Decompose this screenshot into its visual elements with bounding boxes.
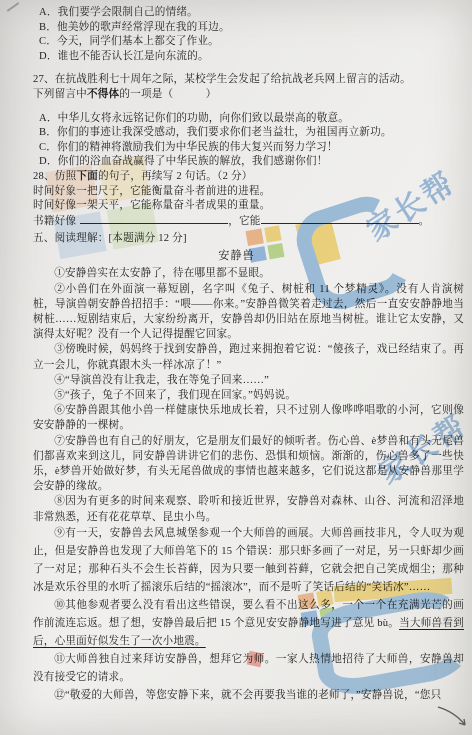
- passage-paragraph-3: ③傍晚时候，妈妈终于找到安静兽，跑过来拥抱着它说：“傻孩子，戏已经结束了。再立一…: [33, 342, 464, 372]
- spacer: [33, 103, 464, 112]
- q27-block: 27、在抗战胜利七十周年之际，某校学生会发起了给抗战老兵网上留言的活动。 下列留…: [33, 73, 464, 170]
- q26-option-d: D．谁也不能否认长江是向东流的。: [33, 50, 464, 65]
- q28-answer-blank-1: [80, 214, 228, 224]
- passage-body: ①安静兽实在太安静了，待在哪里都不显眼。 ②小兽们在外面演一幕短剧，名字叫《兔子…: [33, 266, 464, 704]
- scanned-exam-page: A．我们要学会限制自己的情绪。 B．他美妙的歌声经常浮现在我的耳边。 C．今天，…: [0, 0, 472, 735]
- q28-example-1: 时间好象一把尺子，它能衡量奋斗者前进的进程。: [33, 185, 464, 200]
- q27-stem-line1: 27、在抗战胜利七十周年之际，某校学生会发起了给抗战老兵网上留言的活动。: [33, 73, 464, 88]
- q28-example-2: 时间好像一架天平，它能称量奋斗者成果的重量。: [33, 199, 464, 214]
- q27-option-a: A．中华儿女将永远铭记你们的功勋，向你们致以最崇高的敬意。: [33, 112, 464, 127]
- q28-fill-tail: 。: [419, 216, 430, 227]
- q27-stem-suffix: 的一项是（ ）: [119, 89, 216, 100]
- q27-stem-line2: 下列留言中不得体的一项是（ ）: [33, 88, 464, 103]
- passage-paragraph-2: ②小兽们在外面演一幕短剧，名字叫《兔子、树桩和 11 个梦精灵》。没有人肯演树桩…: [33, 282, 464, 343]
- spacer: [33, 64, 464, 73]
- passage-paragraph-9: ⑨有一天，安静兽去风息城堡参观一个大师兽的画展。大师兽画技非凡，令人叹为观止，但…: [33, 525, 464, 597]
- q28-stem-emphasis: 下面: [76, 171, 98, 182]
- q27-option-c: C．你们的精神将激励我们为中华民族的伟大复兴而努力学习！: [33, 141, 464, 156]
- passage-paragraph-8: ⑧因为有更多的时间来观察、聆听和接近世界，安静兽对森林、山谷、河流和沼泽地非常熟…: [33, 494, 464, 524]
- exam-content: A．我们要学会限制自己的情绪。 B．他美妙的歌声经常浮现在我的耳边。 C．今天，…: [0, 0, 472, 705]
- section5-heading: 五、阅读理解：[本题满分 12 分]: [33, 231, 464, 247]
- q27-stem-emphasis: 不得体: [87, 89, 119, 100]
- passage-paragraph-1: ①安静兽实在太安静了，待在哪里都不显眼。: [33, 266, 464, 281]
- q28-block: 28、仿照下面的句子，再续写 2 句话。（2 分） 时间好象一把尺子，它能衡量奋…: [33, 170, 464, 229]
- passage-paragraph-6: ⑥安静兽跟其他小兽一样健康快乐地成长着，只不过别人像哗哗唱歌的小河，它则像安安静…: [33, 403, 464, 433]
- q28-fill-line: 书籍好像，它能。: [33, 214, 464, 230]
- q28-fill-lead: 书籍好像: [33, 216, 76, 227]
- passage-paragraph-11: ⑪大师兽独自过来拜访安静兽，想拜它为师。一家人热情地招待了大师兽，安静兽却没有接…: [33, 651, 464, 687]
- q28-stem: 28、仿照下面的句子，再续写 2 句话。（2 分）: [33, 170, 464, 185]
- q26-option-c: C．今天，同学们基本上都交了作业。: [33, 35, 464, 50]
- passage-paragraph-4: ④“导演兽没有让我走，我在等兔子回来……”: [33, 373, 464, 388]
- q27-stem-prefix: 下列留言中: [33, 89, 87, 100]
- passage-paragraph-10: ⑩其他参观者要么没有看出这些错误，要么看不出这么多，一个一个在充满光芒的画作前流…: [33, 597, 464, 651]
- pen-stroke-arrow-icon: [436, 701, 470, 731]
- q28-stem-suffix: 的句子，再续写 2 句话。（2 分）: [98, 171, 253, 182]
- passage-title: 安静兽: [33, 248, 440, 265]
- passage-paragraph-5: ⑤“孩子，兔子不回来了，我们现在回家。”妈妈说。: [33, 388, 464, 403]
- passage-paragraph-12: ⑫“敬爱的大师兽，等您安静下来，就不会再要我当谁的老师了，”安静兽说，“您只: [33, 687, 464, 705]
- q28-stem-prefix: 28、仿照: [33, 171, 76, 182]
- passage-paragraph-7: ⑦安静兽也有自己的好朋友，它是朋友们最好的倾听者。伤心兽、è梦兽和有头无尾兽们都…: [33, 434, 464, 495]
- q27-option-b: B．你们的事迹让我深受感动，我们要求你们老当益壮，为祖国再立新功。: [33, 126, 464, 141]
- q26-options-block: A．我们要学会限制自己的情绪。 B．他美妙的歌声经常浮现在我的耳边。 C．今天，…: [33, 6, 464, 64]
- q26-option-b: B．他美妙的歌声经常浮现在我的耳边。: [33, 21, 464, 36]
- q28-answer-blank-2: [261, 214, 419, 224]
- q28-fill-mid: ，它能: [228, 216, 260, 227]
- q27-option-d: D．你们的浴血奋战赢得了中华民族的解放，我们感谢你们！: [33, 155, 464, 170]
- q26-option-a: A．我们要学会限制自己的情绪。: [33, 6, 464, 21]
